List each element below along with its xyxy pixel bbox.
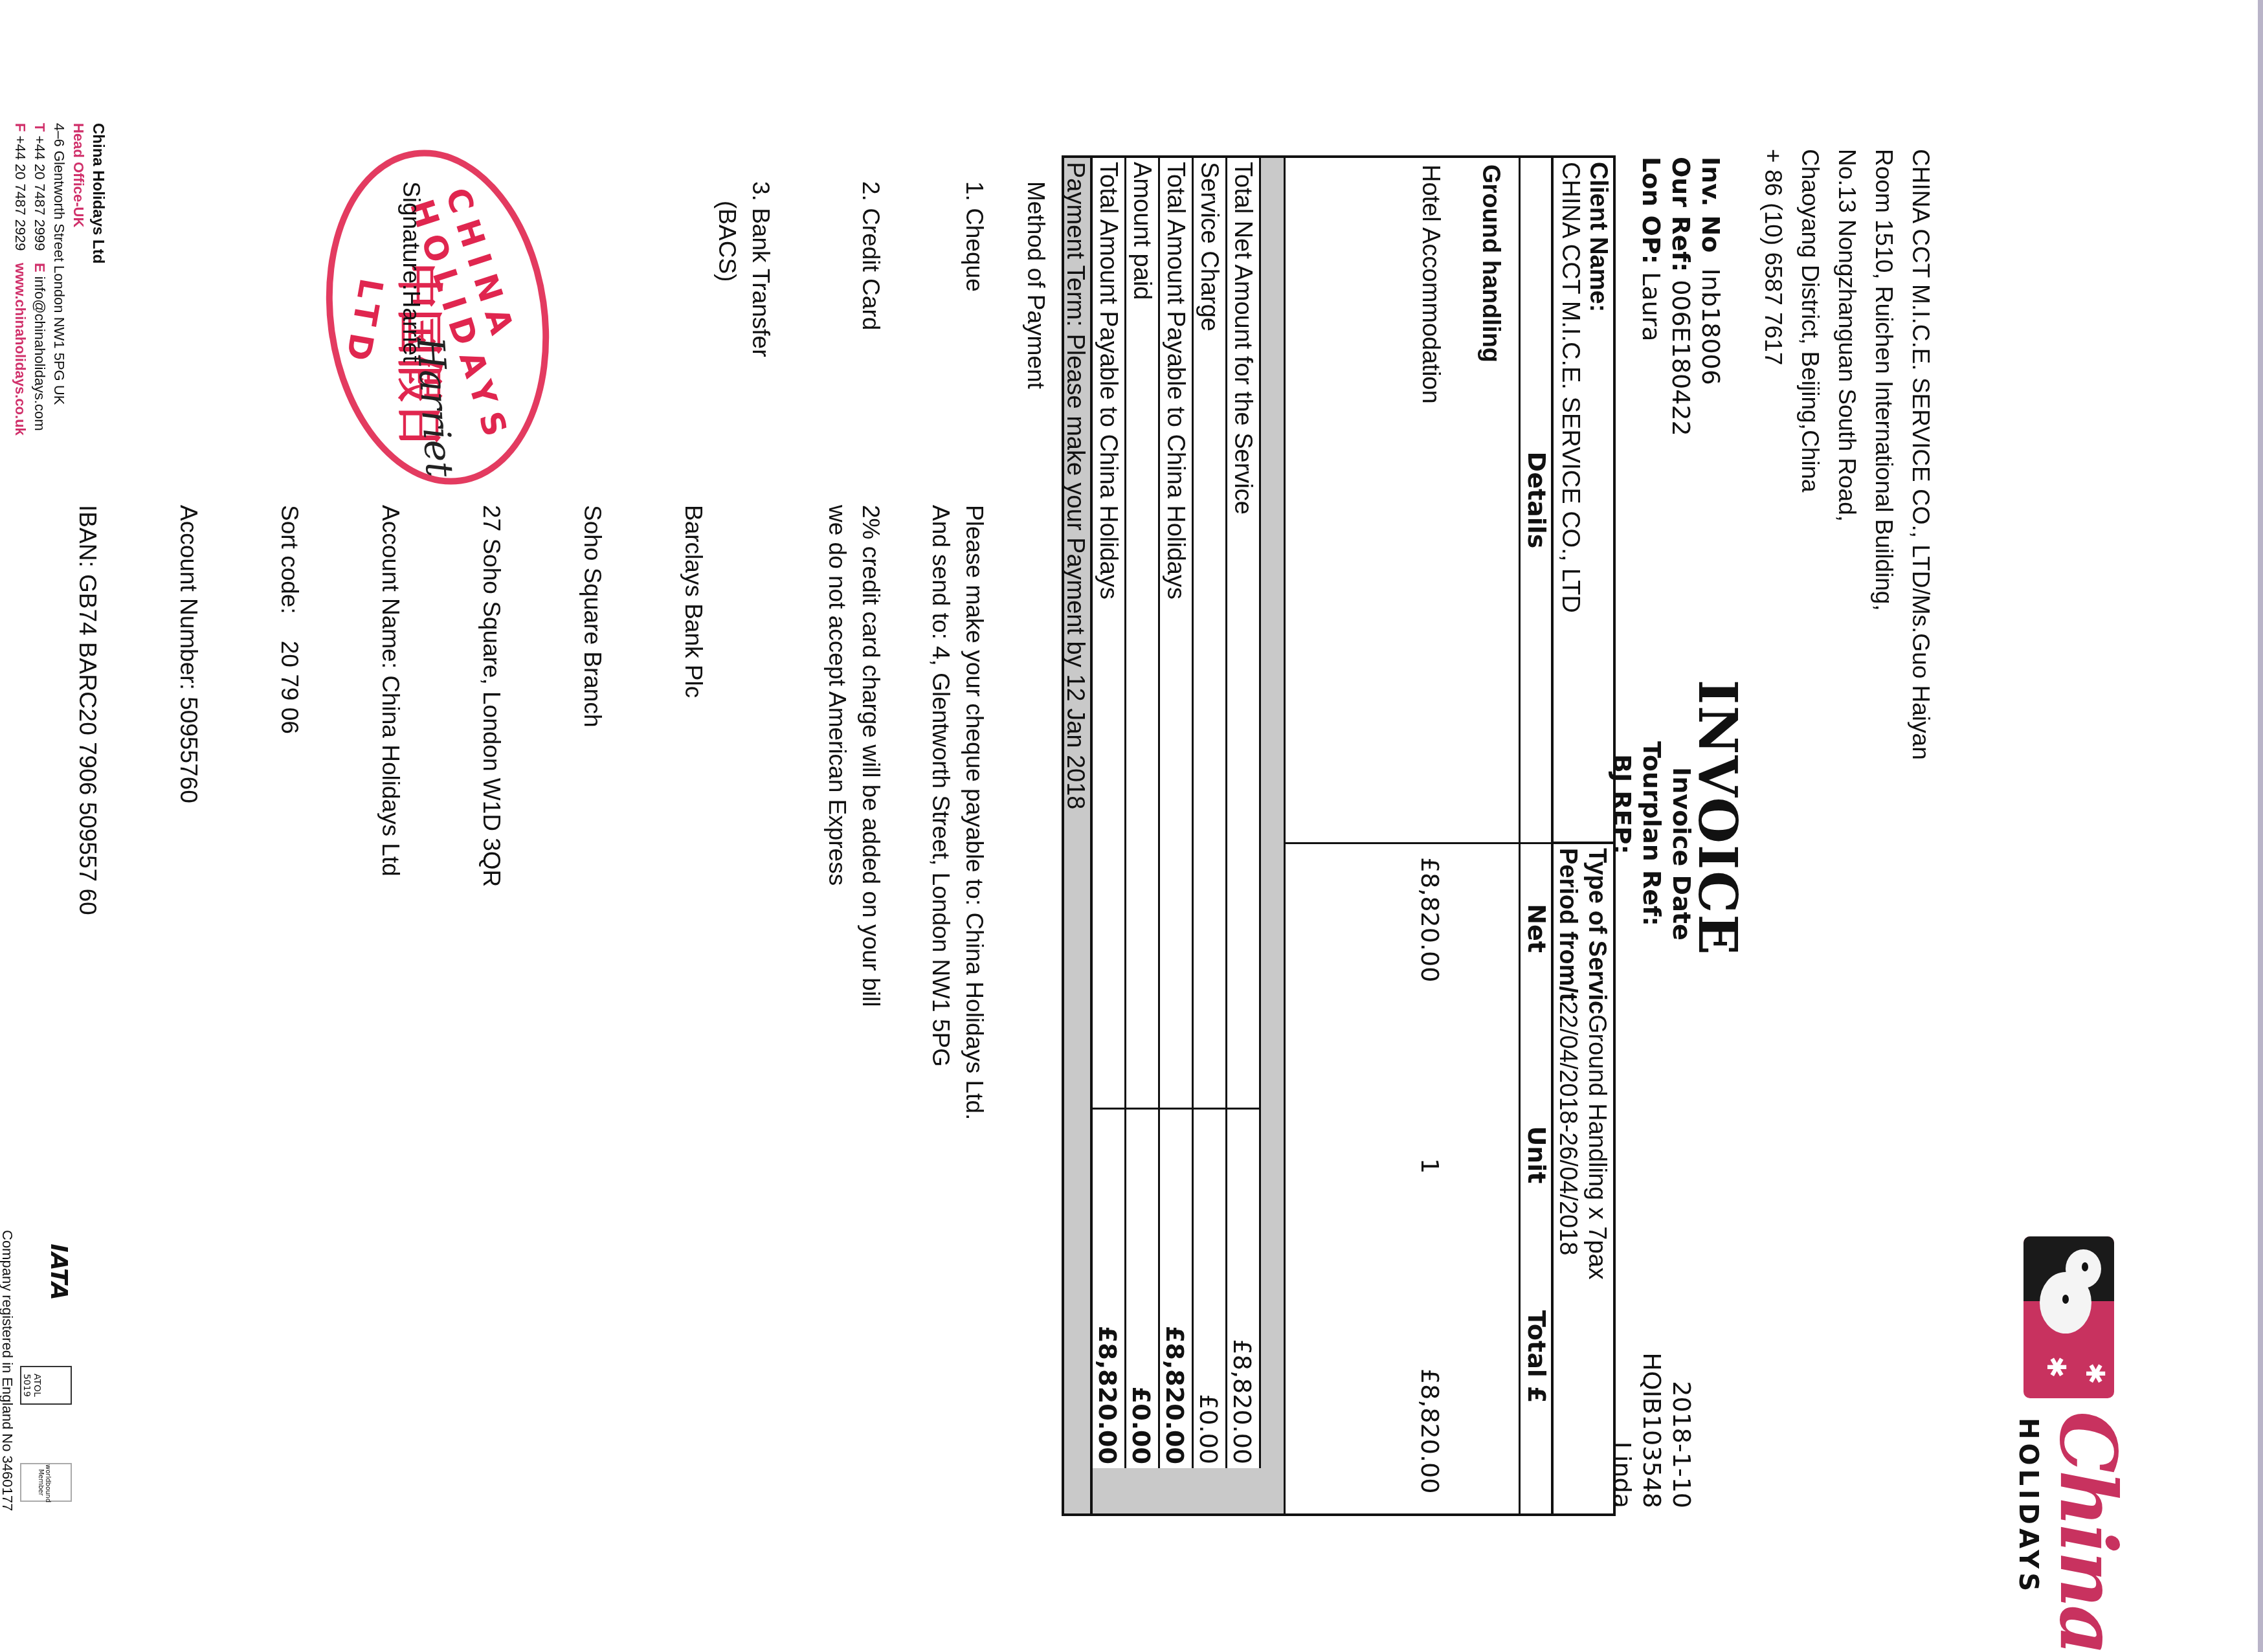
footer-office: Head Office-UK [69,123,88,436]
address-line: Chaoyang District, Beijing,China [1792,149,1829,760]
summary-label: Amount paid [1126,158,1158,1110]
summary-label: Total Amount Payable to China Holidays [1093,158,1124,1110]
summary-label: Total Net Amount for the Service [1227,158,1259,1110]
header-details: Details [1521,158,1551,844]
summary-row: Total Amount Payable to China Holidays£8… [1160,155,1194,1468]
iata-logo-icon: IATA [27,1233,72,1311]
bank-details: Barclays Bank Plc Soho Square Branch 27 … [0,505,777,915]
header-total: Total £ [1521,1310,1551,1440]
footer-address: 4–6 Glentworth Street London NW1 5PG UK [49,123,69,436]
summary-value: £0.00 [1194,1110,1225,1471]
footer-website-link[interactable]: www.chinaholidays.co.uk [12,263,28,436]
address-line: + 86 (10) 6587 7617 [1755,149,1792,760]
iban: IBAN: GB74 BARC20 7906 509557 60 [71,505,104,915]
client-name-label: Client Name: [1584,162,1612,838]
panda-logo-icon: ✱ ✱ [2023,1236,2114,1398]
section-ground-handling: Ground handling [1477,164,1504,363]
swift-bic: SWIFTBIC: BARCGB22 [0,505,3,915]
table-body: Ground handling Hotel Accommodation £8,8… [1286,155,1519,1516]
payment-term: Payment Term: Please make your Payment b… [1062,155,1093,1516]
account-number: Account Number: 50955760 [172,505,205,915]
summary-label: Service Charge [1194,158,1225,1110]
logo-wordmark: China [2042,1411,2134,1652]
signature-label: Signature:Harriet [397,181,425,363]
footer-company-info: China Holidays Ltd Head Office-UK 4–6 Gl… [10,123,107,436]
summary-value: £8,820.00 [1160,1110,1192,1471]
payment-heading: Method of Payment [1019,181,1053,389]
china-holidays-logo: ✱ ✱ China HOLIDAYS [1939,1236,2140,1573]
payment-method-cheque: 1. Cheque [957,181,991,292]
summary-label: Total Amount Payable to China Holidays [1160,158,1192,1110]
footer-company: China Holidays Ltd [88,123,107,436]
summary-row: Total Amount Payable to China Holidays£8… [1093,155,1126,1468]
logo-subtitle: HOLIDAYS [2013,1418,2043,1595]
footer-fax-web: F +44 20 7487 2929 www.chinaholidays.co.… [10,123,30,436]
tourplan-ref: HQIB103548 [1638,1230,1666,1508]
invoice-date: 2018-1-10 [1667,1230,1696,1508]
address-line: No.13 Nongzhanguan South Road, [1829,149,1866,760]
item-total: £8,820.00 [1416,1368,1444,1493]
credit-card-details: 2% credit card charge will be added on y… [820,505,887,1007]
address-line: CHINA CCT M.I.C.E. SERVICE CO., LTD/Ms.G… [1902,149,1939,760]
summary-value: £8,820.00 [1227,1110,1259,1471]
summary-value: £8,820.00 [1093,1110,1124,1471]
item-net: £8,820.00 [1416,857,1444,982]
header-unit: Unit [1521,1090,1551,1220]
summary-row: Amount paid£0.00 [1126,155,1160,1468]
our-ref: Our Ref: 006E180422 [1666,157,1696,436]
payment-method-bank-transfer: 3. Bank Transfer (BACS) [710,181,777,357]
summary-row: Service Charge£0.00 [1194,155,1227,1468]
bank-address: 27 Soho Square, London W1D 3QR [474,505,508,915]
grey-right-band [1093,1468,1261,1516]
item-details: Hotel Accommodation [1416,164,1444,404]
payment-method-credit-card: 2. Credit Card [854,181,887,330]
sort-code: Sort code: 20 79 06 [273,505,306,915]
summary-value: £0.00 [1126,1110,1158,1471]
cheque-details: Please make your cheque payable to: Chin… [924,505,991,1120]
summary-row: Total Net Amount for the Service£8,820.0… [1227,155,1261,1468]
period: Period from/t22/04/2018-26/04/2018 [1554,848,1583,1510]
lon-op: Lon OP: Laura [1636,157,1666,342]
bank-name: Barclays Bank Plc [676,505,710,915]
table-header: Details Net Unit Total £ [1519,155,1551,1516]
worldbound-logo-icon: worldbound Member [20,1463,72,1502]
footer-email-link[interactable]: info@chinaholidays.com [32,276,48,431]
recipient-address: CHINA CCT M.I.C.E. SERVICE CO., LTD/Ms.G… [1755,149,1939,760]
client-row: Client Name: CHINA CCT M.I.C.E. SERVICE … [1551,155,1616,1516]
invoice-number: Inv. No Inb18006 [1696,157,1726,385]
grey-separator [1261,155,1286,1516]
type-of-service: Type of ServicGround Handling x 7pax [1583,848,1612,1510]
address-line: Room 1510, Ruichen International Buildin… [1866,149,1902,760]
client-name: CHINA CCT M.I.C.E. SERVICE CO., LTD [1556,162,1584,838]
atol-logo-icon: ATOL 5019 [20,1366,72,1405]
invoice-page: ✱ ✱ China HOLIDAYS CHINA CCT M.I.C.E. SE… [0,0,2263,1652]
account-name: Account Name: China Holidays Ltd [373,505,407,915]
item-unit: 1 [1416,1158,1444,1174]
scan-edge [2258,0,2263,1652]
bank-branch: Soho Square Branch [575,505,609,915]
footer-registration: Company registered in England No 3460177 [0,1230,17,1511]
header-net: Net [1521,844,1551,1012]
footer-phone-email: T +44 20 7487 2999 E info@chinaholidays.… [30,123,49,436]
